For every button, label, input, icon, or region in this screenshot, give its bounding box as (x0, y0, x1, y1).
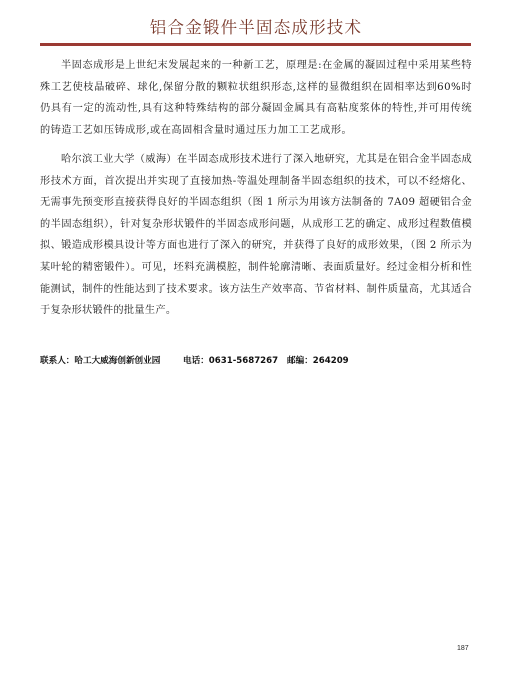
contact-person: 联系人：哈工大威海创新创业园 (40, 354, 183, 366)
contact-info: 联系人：哈工大威海创新创业园电话：0631-5687267邮编：264209 (40, 354, 349, 366)
page-number: 187 (457, 645, 469, 652)
contact-postcode: 邮编：264209 (287, 354, 349, 366)
page-title: 铝合金锻件半固态成形技术 (0, 18, 512, 38)
paragraph-intro: 半固态成形是上世纪末发展起来的一种新工艺，原理是:在金属的凝固过程中采用某些特殊… (40, 55, 472, 141)
paragraph-research: 哈尔滨工业大学（威海）在半固态成形技术进行了深入地研究，尤其是在铝合金半固态成形… (40, 149, 472, 322)
title-divider (40, 43, 471, 46)
contact-phone: 电话：0631-5687267 (183, 354, 287, 366)
